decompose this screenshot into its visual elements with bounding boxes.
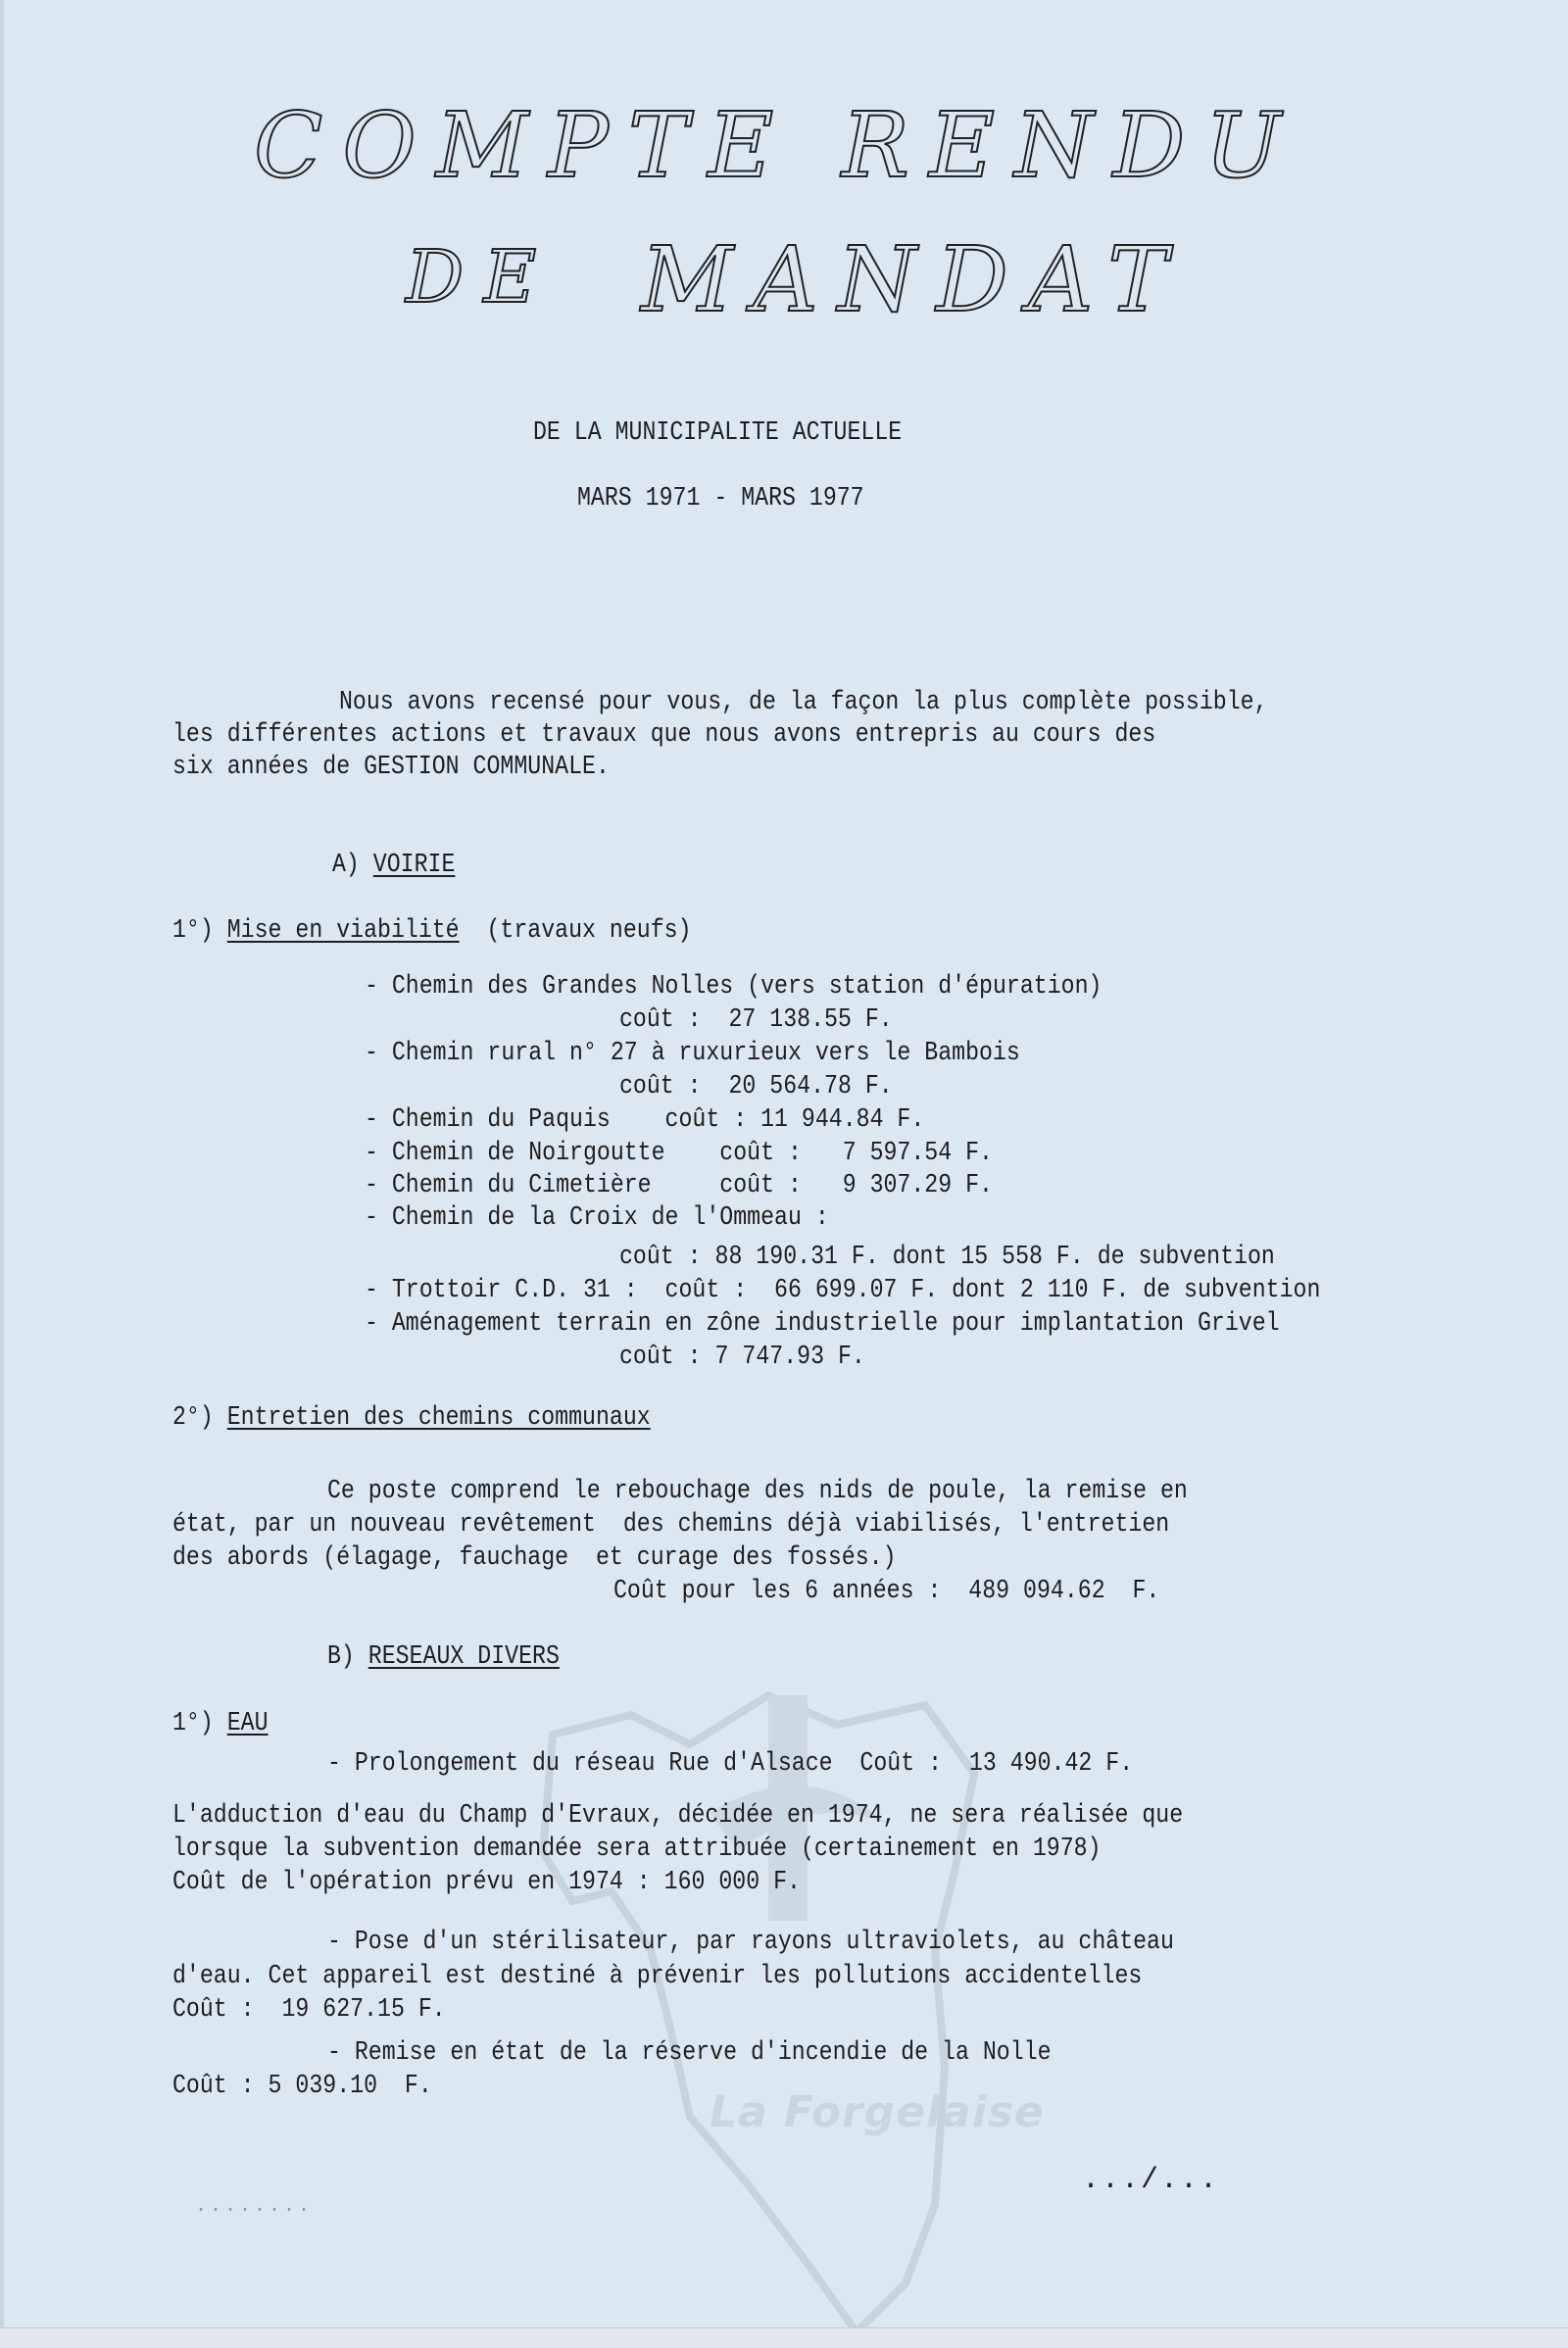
watermark-text: La Forgelaise [710,2087,1045,2137]
paragraph-line: état, par un nouveau revêtement des chem… [172,1508,1169,1541]
subtitle-municipality: DE LA MUNICIPALITE ACTUELLE [533,416,902,450]
list-item-cost: coût : 88 190.31 F. dont 15 558 F. de su… [619,1241,1275,1274]
section-a-heading: A) VOIRIE [332,849,455,882]
list-item-cost: coût : 27 138.55 F. [619,1003,893,1037]
paragraph-line: Ce poste comprend le rebouchage des nids… [327,1475,1188,1508]
section-b-title: RESEAUX DIVERS [368,1642,560,1672]
subtitle-period: MARS 1971 - MARS 1977 [577,482,864,515]
intro-line-3: six années de GESTION COMMUNALE. [172,751,610,784]
list-item: - Aménagement terrain en zône industriel… [365,1307,1280,1341]
continuation-mark: .../... [1082,2164,1219,2197]
list-item-cost: coût : 7 747.93 F. [619,1341,865,1374]
paragraph-line: - Remise en état de la réserve d'incendi… [327,2036,1052,2070]
list-item: - Prolongement du réseau Rue d'Alsace Co… [327,1747,1133,1781]
section-a-title: VOIRIE [373,851,456,880]
paragraph-line: Coût : 19 627.15 F. [172,1993,446,2027]
paragraph-line: d'eau. Cet appareil est destiné à préven… [172,1960,1142,1993]
paragraph-line: Coût : 5 039.10 F. [172,2070,432,2103]
sub2-heading: 2°) Entretien des chemins communaux [172,1401,651,1435]
sub1-heading: 1°) Mise en viabilité (travaux neufs) [172,914,692,948]
paragraph-line: lorsque la subvention demandée sera attr… [172,1833,1102,1866]
list-item: - Chemin de la Croix de l'Ommeau : [365,1201,829,1235]
eau-heading: 1°) EAU [172,1707,269,1740]
list-item: - Chemin du Paquis coût : 11 944.84 F. [365,1103,924,1137]
list-item-cost: coût : 20 564.78 F. [619,1070,893,1103]
document-page: La Forgelaise COMPTE RENDU DE MANDAT DE … [0,0,1568,2327]
section-b-heading: B) RESEAUX DIVERS [327,1640,560,1674]
sub2-total: Coût pour les 6 années : 489 094.62 F. [613,1575,1159,1608]
sub1-title: Mise en viabilité [227,916,460,946]
title-mandat: MANDAT [641,227,1188,332]
list-item: - Chemin rural n° 27 à ruxurieux vers le… [365,1037,1020,1070]
faint-dots: ........ [195,2195,313,2218]
list-item: - Chemin des Grandes Nolles (vers statio… [365,970,1102,1003]
list-item: - Chemin de Noirgoutte coût : 7 597.54 F… [365,1137,993,1170]
list-item: - Trottoir C.D. 31 : coût : 66 699.07 F.… [365,1274,1320,1307]
document-title: COMPTE RENDU [254,93,1300,198]
sub2-title: Entretien des chemins communaux [227,1403,651,1433]
eau-title: EAU [227,1709,269,1738]
paragraph-line: - Pose d'un stérilisateur, par rayons ul… [327,1926,1174,1959]
page-bottom-edge [0,2327,1568,2348]
intro-line-1: Nous avons recensé pour vous, de la faço… [339,686,1268,719]
list-item: - Chemin du Cimetière coût : 9 307.29 F. [365,1169,993,1202]
title-de: DE [406,235,556,319]
paragraph-line: des abords (élagage, fauchage et curage … [172,1541,897,1575]
paragraph-line: L'adduction d'eau du Champ d'Evraux, déc… [172,1799,1183,1833]
intro-line-2: les différentes actions et travaux que n… [172,718,1155,752]
paragraph-line: Coût de l'opération prévu en 1974 : 160 … [172,1866,801,1899]
